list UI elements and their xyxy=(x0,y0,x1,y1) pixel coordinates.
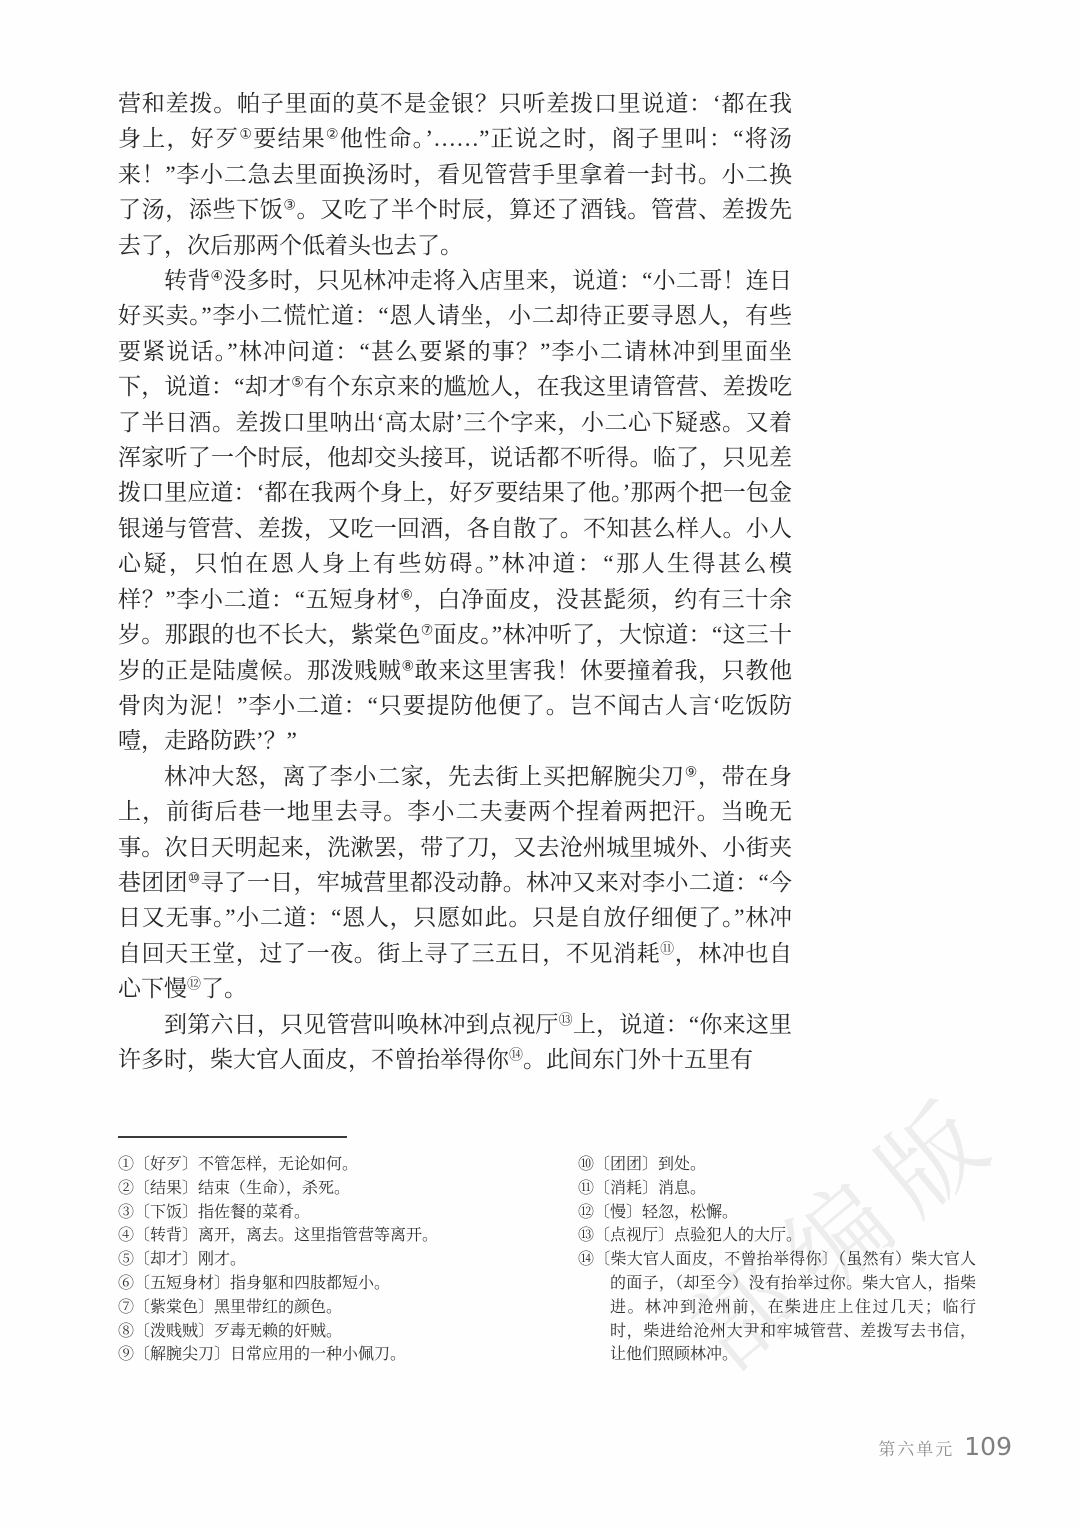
paragraph: 林冲大怒，离了李小二家，先去街上买把解腕尖刀⑨，带在身上，前街后巷一地里去寻。李… xyxy=(118,759,792,1007)
footnote-ref: ⑨ xyxy=(685,765,698,780)
footnote: ⑤〔却才〕刚才。 xyxy=(118,1248,566,1272)
footnote: ⑨〔解腕尖刀〕日常应用的一种小佩刀。 xyxy=(118,1343,566,1367)
body-text: 营和差拨。帕子里面的莫不是金银？只听差拨口里说道：‘都在我身上，好歹①要结果②他… xyxy=(118,86,792,1077)
footnote-ref: ⑭ xyxy=(509,1048,523,1063)
footnote: ⑪〔消耗〕消息。 xyxy=(578,1177,976,1201)
footnote-ref: ⑤ xyxy=(291,376,304,391)
footnote-ref: ⑩ xyxy=(188,871,201,886)
footnotes-left: ①〔好歹〕不管怎样，无论如何。②〔结果〕结束（生命），杀死。③〔下饭〕指佐餐的菜… xyxy=(118,1153,566,1367)
page-number: 109 xyxy=(964,1432,1012,1461)
paragraph: 转背④没多时，只见林冲走将入店里来，说道：“小二哥！连日好买卖。”李小二慌忙道：… xyxy=(118,263,792,759)
footnote-ref: ⑫ xyxy=(187,977,201,992)
footnote-ref: ③ xyxy=(283,199,296,214)
paragraph: 营和差拨。帕子里面的莫不是金银？只听差拨口里说道：‘都在我身上，好歹①要结果②他… xyxy=(118,86,792,263)
footnote-ref: ⑦ xyxy=(421,623,434,638)
footnote: ②〔结果〕结束（生命），杀死。 xyxy=(118,1177,566,1201)
footnote: ⑭〔柴大官人面皮，不曾抬举得你〕（虽然有）柴大官人的面子，（却至今）没有抬举过你… xyxy=(578,1248,976,1367)
footnote: ③〔下饭〕指佐餐的菜肴。 xyxy=(118,1201,566,1225)
footnote-ref: ⑬ xyxy=(559,1013,573,1028)
footnote-ref: ⑪ xyxy=(660,942,675,957)
footnote: ⑦〔紫棠色〕黑里带红的颜色。 xyxy=(118,1296,566,1320)
footnote-ref: ① xyxy=(239,128,253,143)
footnote-separator-line xyxy=(118,1136,347,1138)
footnote: ⑥〔五短身材〕指身躯和四肢都短小。 xyxy=(118,1272,566,1296)
footnote: ①〔好歹〕不管怎样，无论如何。 xyxy=(118,1153,566,1177)
footnote: ⑫〔慢〕轻忽，松懈。 xyxy=(578,1201,976,1225)
paragraph: 到第六日，只见管营叫唤林冲到点视厅⑬上，说道：“你来这里许多时，柴大官人面皮，不… xyxy=(118,1007,792,1078)
footnote: ④〔转背〕离开，离去。这里指管营等离开。 xyxy=(118,1224,566,1248)
footnote: ⑬〔点视厅〕点验犯人的大厅。 xyxy=(578,1224,976,1248)
unit-label: 第六单元 xyxy=(878,1440,954,1459)
footnote-ref: ④ xyxy=(211,269,224,284)
footnote-ref: ⑧ xyxy=(401,659,414,674)
textbook-page: 部编版 营和差拨。帕子里面的莫不是金银？只听差拨口里说道：‘都在我身上，好歹①要… xyxy=(0,0,1080,1527)
footnote: ⑩〔团团〕到处。 xyxy=(578,1153,976,1177)
footnote: ⑧〔泼贱贼〕歹毒无赖的奸贼。 xyxy=(118,1320,566,1344)
footnote-ref: ② xyxy=(326,128,340,143)
page-footer: 第六单元109 xyxy=(852,1432,1012,1461)
footnote-ref: ⑥ xyxy=(400,588,413,603)
footnotes-right: ⑩〔团团〕到处。⑪〔消耗〕消息。⑫〔慢〕轻忽，松懈。⑬〔点视厅〕点验犯人的大厅。… xyxy=(578,1153,976,1367)
